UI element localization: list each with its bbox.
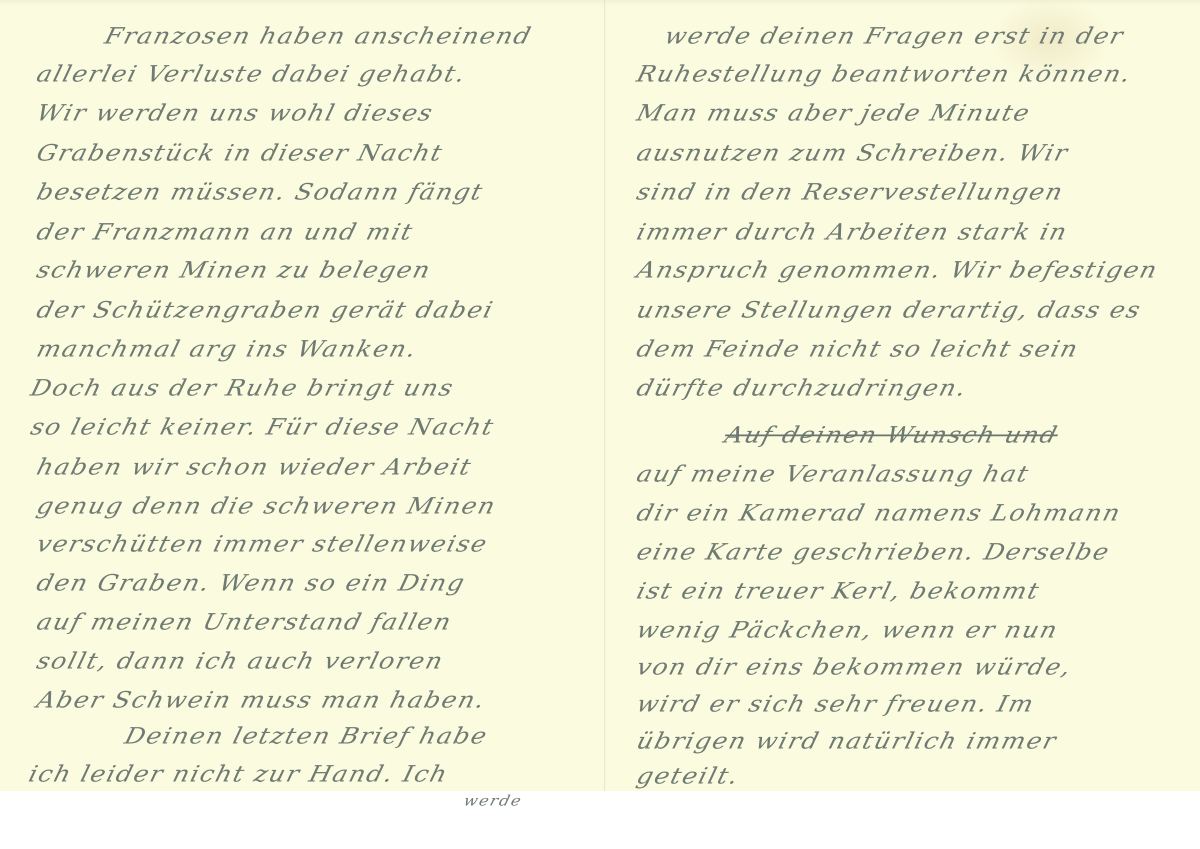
handwritten-line: auf meinen Unterstand fallen	[34, 609, 455, 635]
handwritten-line: den Graben. Wenn so ein Ding	[34, 570, 468, 596]
handwritten-line: dem Feinde nicht so leicht sein	[634, 336, 1082, 362]
handwritten-line: eine Karte geschrieben. Derselbe	[634, 539, 1113, 565]
handwritten-line: genug denn die schweren Minen	[34, 493, 499, 519]
page-fold	[604, 0, 606, 791]
handwritten-line: ich leider nicht zur Hand. Ich	[26, 761, 451, 787]
handwritten-line: Deinen letzten Brief habe	[122, 723, 491, 749]
handwritten-line: Franzosen haben anscheinend	[102, 23, 535, 49]
handwritten-line: wird er sich sehr freuen. Im	[634, 691, 1037, 717]
handwritten-line: haben wir schon wieder Arbeit	[34, 454, 475, 480]
handwritten-line: sind in den Reservestellungen	[634, 179, 1067, 205]
handwritten-line: der Schützengraben gerät dabei	[34, 297, 497, 323]
handwritten-line: werde deinen Fragen erst in der	[662, 23, 1127, 49]
handwritten-line: so leicht keiner. Für diese Nacht	[28, 414, 497, 440]
handwritten-line: schweren Minen zu belegen	[34, 257, 434, 283]
handwritten-line: von dir eins bekommen würde,	[634, 654, 1075, 680]
handwritten-line: allerlei Verluste dabei gehabt.	[34, 61, 469, 87]
handwritten-line: werde	[462, 792, 524, 809]
handwritten-line: sollt, dann ich auch verloren	[34, 648, 447, 674]
handwritten-line: ist ein treuer Kerl, bekommt	[634, 578, 1043, 604]
handwritten-line: verschütten immer stellenweise	[34, 531, 491, 557]
handwritten-line: unsere Stellungen derartig, dass es	[634, 297, 1144, 323]
handwritten-line: Wir werden uns wohl dieses	[34, 100, 436, 126]
handwritten-line: der Franzmann an und mit	[34, 219, 416, 245]
handwritten-line: dürfte durchzudringen.	[634, 375, 970, 401]
handwritten-line: Anspruch genommen. Wir befestigen	[634, 257, 1161, 283]
handwritten-line: geteilt.	[634, 763, 742, 789]
handwritten-line: Grabenstück in dieser Nacht	[34, 140, 446, 166]
handwritten-line: Man muss aber jede Minute	[634, 100, 1034, 126]
handwritten-line: Aber Schwein muss man haben.	[34, 687, 489, 713]
handwritten-line: übrigen wird natürlich immer	[634, 728, 1060, 754]
handwritten-line: wenig Päckchen, wenn er nun	[634, 617, 1061, 643]
right-page: werde deinen Fragen erst in derRuhestell…	[622, 8, 1200, 788]
handwritten-line: dir ein Kamerad namens Lohmann	[634, 500, 1124, 526]
handwritten-line: manchmal arg ins Wanken.	[34, 336, 420, 362]
handwritten-line: besetzen müssen. Sodann fängt	[34, 179, 486, 205]
struck-through-line: Auf deinen Wunsch und	[722, 422, 1061, 448]
handwritten-line: ausnutzen zum Schreiben. Wir	[634, 140, 1072, 166]
handwritten-line: auf meine Veranlassung hat	[634, 461, 1032, 487]
handwritten-line: immer durch Arbeiten stark in	[634, 219, 1071, 245]
left-page: Franzosen haben anscheinendallerlei Verl…	[22, 8, 592, 788]
letter-sheet: Franzosen haben anscheinendallerlei Verl…	[0, 0, 1200, 791]
handwritten-line: Ruhestellung beantworten können.	[634, 61, 1135, 87]
handwritten-line: Doch aus der Ruhe bringt uns	[28, 375, 457, 401]
